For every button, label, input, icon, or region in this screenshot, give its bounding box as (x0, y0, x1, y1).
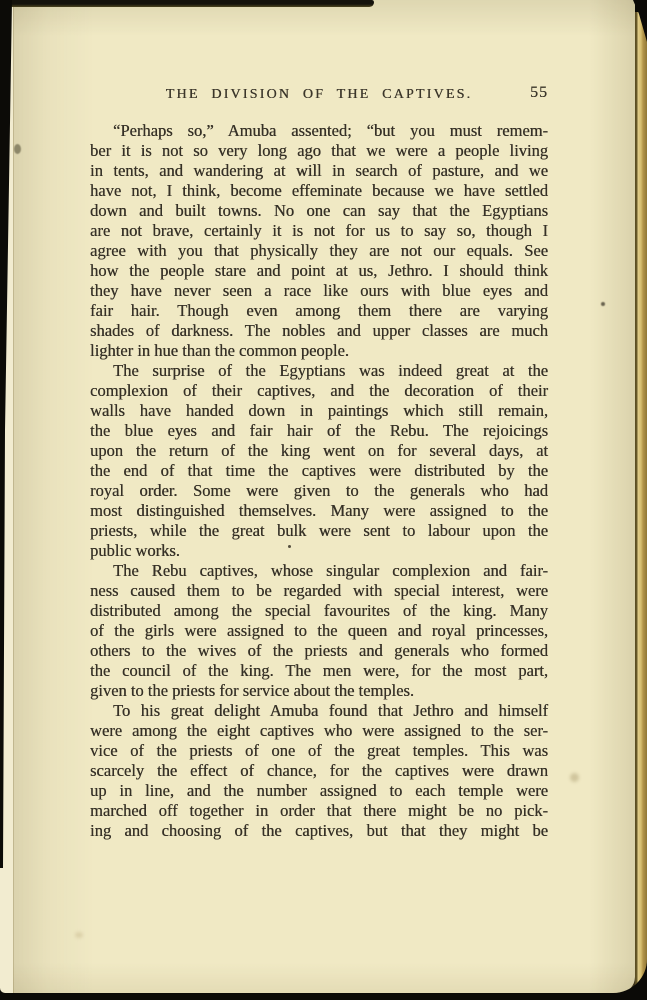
ink-speck (601, 302, 605, 306)
text-line: walls have handed down in paintings whic… (90, 401, 548, 421)
text-line: ness caused them to be regarded with spe… (90, 581, 548, 601)
book-page: THE DIVISION OF THE CAPTIVES. 55 “Perhap… (13, 0, 635, 993)
text-line: most distinguished themselves. Many were… (90, 501, 548, 521)
text-line: others to the wives of the priests and g… (90, 641, 548, 661)
text-line: upon the return of the king went on for … (90, 441, 548, 461)
text-line: down and built towns. No one can say tha… (90, 201, 548, 221)
text-line: public works. (90, 541, 548, 561)
text-line: have not, I think, become effeminate bec… (90, 181, 548, 201)
text-line: were among the eight captives who were a… (90, 721, 548, 741)
text-line: the blue eyes and fair hair of the Rebu.… (90, 421, 548, 441)
text-line: of the girls were assigned to the queen … (90, 621, 548, 641)
text-line: To his great delight Amuba found that Je… (90, 701, 548, 721)
text-line: fair hair. Though even among them there … (90, 301, 548, 321)
text-line: scarcely the effect of chance, for the c… (90, 761, 548, 781)
under-page-edge (0, 0, 13, 993)
fore-edge-page-stack (635, 12, 647, 993)
paper-stain (570, 773, 579, 782)
text-line: shades of darkness. The nobles and upper… (90, 321, 548, 341)
text-line: up in line, and the number assigned to e… (90, 781, 548, 801)
text-line: marched off together in order that there… (90, 801, 548, 821)
text-line: royal order. Some were given to the gene… (90, 481, 548, 501)
text-line: ber it is not so very long ago that we w… (90, 141, 548, 161)
text-line: “Perhaps so,” Amuba assented; “but you m… (90, 121, 548, 141)
text-line: are not brave, certainly it is not for u… (90, 221, 548, 241)
text-line: The Rebu captives, whose singular comple… (90, 561, 548, 581)
text-line: complexion of their captives, and the de… (90, 381, 548, 401)
paper-stain (75, 932, 83, 938)
page-number: 55 (530, 84, 548, 102)
page-header: THE DIVISION OF THE CAPTIVES. 55 (90, 85, 548, 107)
text-line: ing and choosing of the captives, but th… (90, 821, 548, 841)
text-line: in tents, and wandering at will in searc… (90, 161, 548, 181)
text-line: vice of the priests of one of the great … (90, 741, 548, 761)
running-title: THE DIVISION OF THE CAPTIVES. (166, 87, 472, 102)
adjacent-page-top-edge (10, 0, 374, 7)
text-line: The surprise of the Egyptians was indeed… (90, 361, 548, 381)
text-line: priests, while the great bulk were sent … (90, 521, 548, 541)
ink-speck (288, 545, 291, 548)
text-line: given to the priests for service about t… (90, 681, 548, 701)
text-line: the council of the king. The men were, f… (90, 661, 548, 681)
text-line: the end of that time the captives were d… (90, 461, 548, 481)
text-line: distributed among the special favourites… (90, 601, 548, 621)
text-line: they have never seen a race like ours wi… (90, 281, 548, 301)
text-line: agree with you that physically they are … (90, 241, 548, 261)
text-block: “Perhaps so,” Amuba assented; “but you m… (90, 121, 548, 841)
text-line: lighter in hue than the common people. (90, 341, 548, 361)
ink-speck (14, 144, 21, 154)
book-page-stack: THE DIVISION OF THE CAPTIVES. 55 “Perhap… (0, 0, 647, 993)
text-line: how the people stare and point at us, Je… (90, 261, 548, 281)
